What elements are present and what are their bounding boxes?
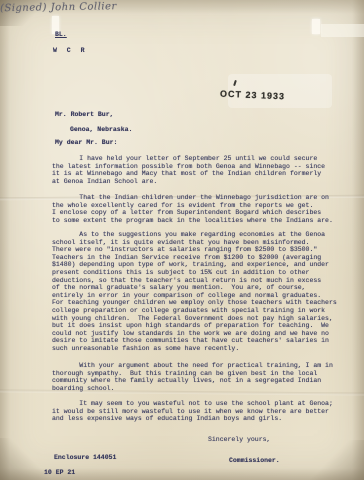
paper-corner-shadow-bottom-right (304, 440, 364, 480)
paragraph-1: I have held your letter of September 25 … (52, 155, 325, 185)
reference-initials-wcr: W C R (53, 47, 88, 55)
paper-edge-shade-right (352, 0, 364, 480)
paper-edge-shade-left (0, 0, 10, 480)
date-received-stamp: OCT 23 1933 (220, 89, 285, 102)
file-code: 10 EP 21 (44, 469, 75, 477)
tape-band-top-right (321, 24, 364, 37)
letter-document: BL. W C R OCT 23 1933 Mr. Robert Bur, Ge… (0, 0, 364, 480)
ink-speck (233, 80, 237, 86)
reference-initials-top: BL. (55, 31, 67, 39)
signature: (Signed) John Collier (0, 0, 364, 14)
signature-title: Commissioner. (229, 457, 280, 465)
paragraph-3: As to the suggestions you make regarding… (52, 231, 337, 353)
paragraph-5: It may seem to you wasteful not to use t… (52, 400, 333, 423)
recipient-address: Genoa, Nebraska. (70, 126, 132, 134)
paragraph-2: That the Indian children under the Winne… (52, 194, 333, 224)
paragraph-4: With your argument about the need for pr… (52, 362, 333, 392)
recipient-name: Mr. Robert Bur, (55, 111, 114, 119)
closing-phrase: Sincerely yours, (208, 436, 270, 444)
enclosure-note: Enclosure 144051 (54, 454, 116, 462)
tape-mark-right (312, 19, 320, 34)
salutation: My dear Mr. Bur: (55, 139, 117, 147)
